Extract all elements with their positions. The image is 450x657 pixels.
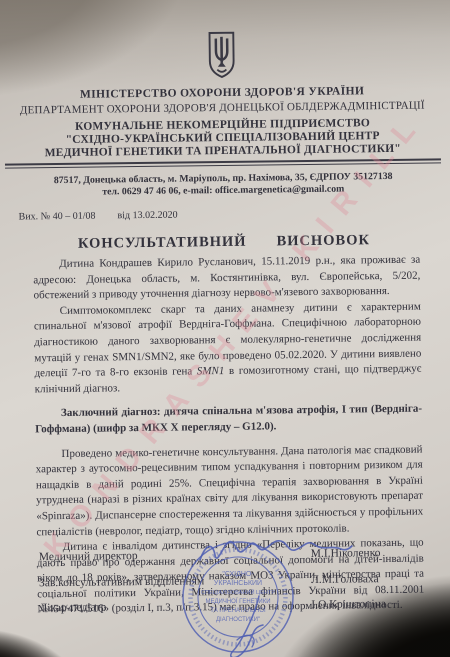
title-word-1: КОНСУЛЬТАТИВНИЙ — [78, 234, 247, 252]
stamp-text-line4: МЕДИЧНОЇ ГЕНЕТИКИ — [205, 598, 270, 605]
stamp-text-line1: "СХІДНО- — [222, 571, 254, 578]
signature-name: М.І.Ніколенко — [311, 547, 427, 560]
paragraph-patient-info: Дитина Кондрашев Кирило Русланович, 15.1… — [33, 253, 421, 305]
stamp-text-line6: ДІАГНОСТИКИ" — [216, 617, 260, 623]
outgoing-number: Вих. № 40 – 01/08 — [19, 211, 96, 223]
paragraph-counseling: Проведено медико-генетичне консультуванн… — [35, 442, 423, 540]
stamp-text-line2: УКРАЇНСЬКИЙ — [214, 578, 262, 587]
paragraph-symptoms: Симптомокомплекс скарг та даних анамнезу… — [34, 299, 422, 397]
ukraine-trident-emblem-icon — [204, 30, 239, 82]
photographed-document: МІНІСТЕРСТВО ОХОРОНИ ЗДОРОВ'Я УКРАЇНИ ДЕ… — [0, 0, 450, 657]
enterprise-name: КОМУНАЛЬНЕ НЕКОМЕРЦІЙНЕ ПІДПРИЄМСТВО "СХ… — [0, 116, 448, 160]
department-title: ДЕПАРТАМЕНТ ОХОРОНИ ЗДОРОВ'Я ДОНЕЦЬКОЇ О… — [0, 99, 447, 116]
stamp-text-line3: СПЕЦІАЛІЗОВАНИЙ ЦЕНТР — [201, 588, 275, 596]
document-title: КОНСУЛЬТАТИВНИЙВИСНОВОК — [0, 231, 449, 253]
signature-name: Л.М.Головаха — [311, 572, 427, 585]
stamp-text-line5: ТА ПРЕНАТАЛЬНОЇ — [210, 607, 266, 614]
paragraph-final-diagnosis: Заключний діагноз: дитяча спінальна м'яз… — [35, 402, 422, 438]
emblem-wrap — [0, 27, 447, 84]
double-rule-divider — [5, 158, 442, 168]
address-block: 87517, Донецька область, м. Маріуполь, п… — [0, 170, 448, 199]
title-word-2: ВИСНОВОК — [276, 232, 370, 249]
reference-line: Вих. № 40 – 01/08від 13.02.2020 — [19, 206, 449, 222]
round-stamp-icon: "СХІДНО- УКРАЇНСЬКИЙ СПЕЦІАЛІЗОВАНИЙ ЦЕН… — [178, 536, 298, 657]
document-date: від 13.02.2020 — [117, 210, 177, 222]
gene-name: SMN1 — [197, 365, 225, 377]
signature-name: І.О.Кріштопіна — [311, 598, 427, 611]
